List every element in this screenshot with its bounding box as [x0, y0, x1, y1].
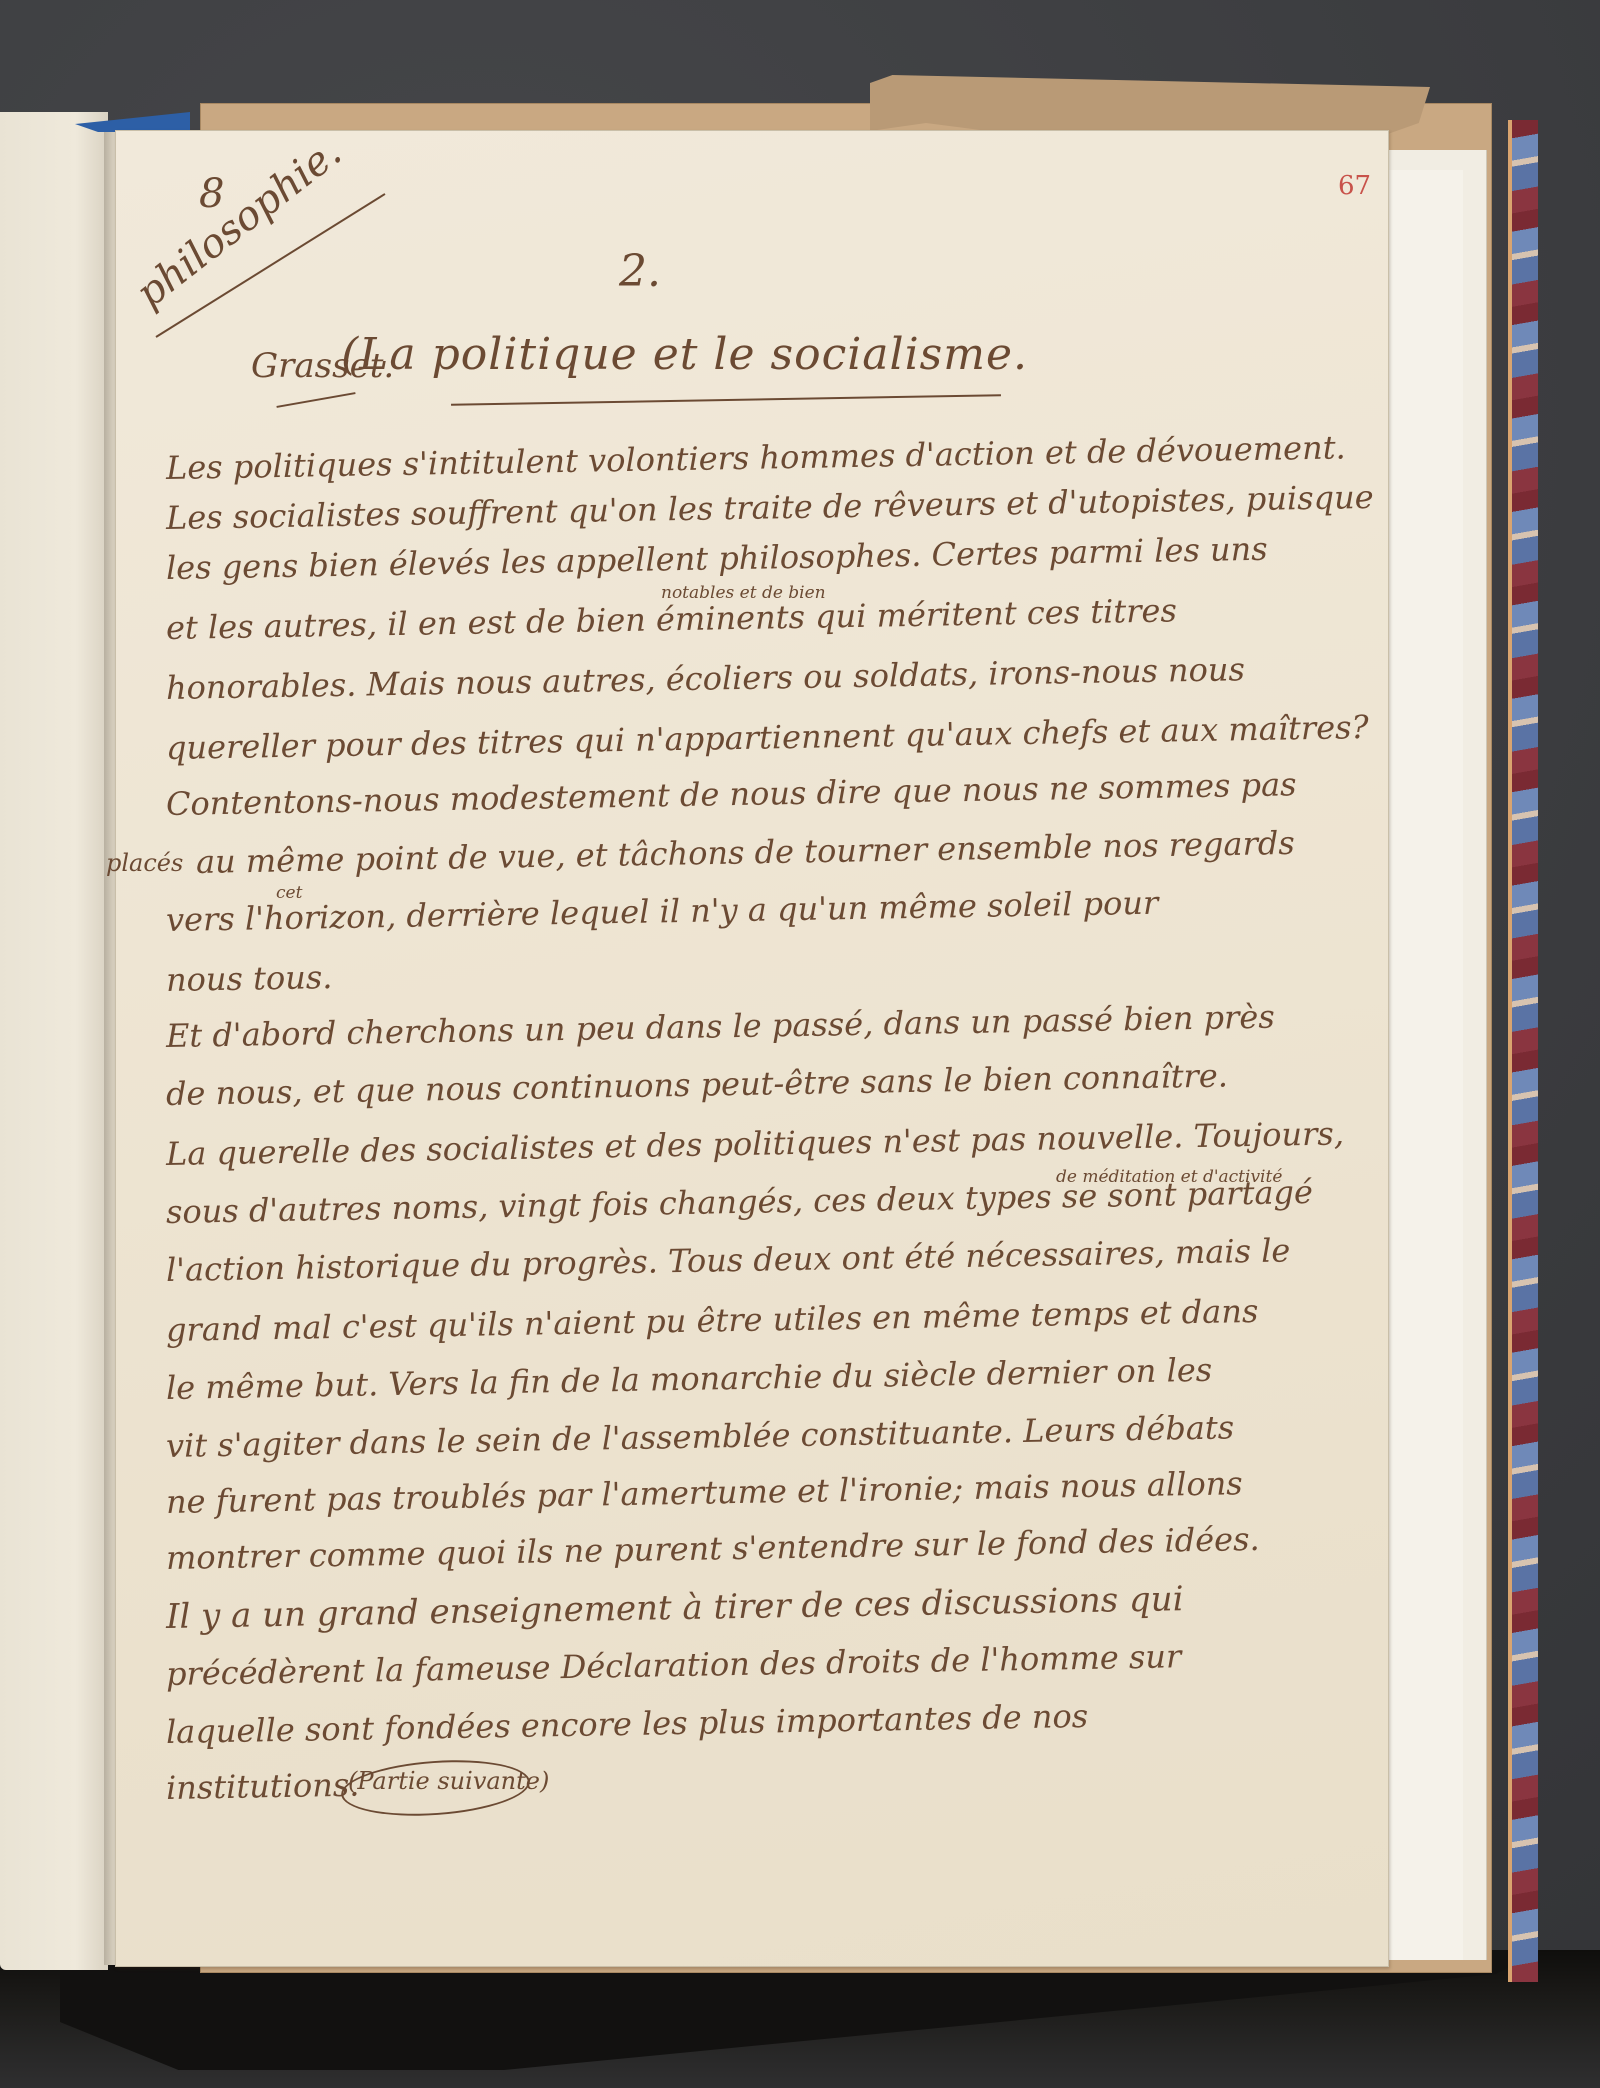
manuscript-sheet: 8 philosophie. 67 2. Grasset. (La politi… — [115, 130, 1389, 1967]
body-line: nous tous. — [166, 958, 333, 999]
body-line: Il y a un grand enseignement à tirer de … — [166, 1579, 1184, 1637]
body-line: institutions. — [166, 1766, 360, 1807]
document-title: (La politique et le socialisme. — [341, 329, 1028, 380]
body-line: montrer comme quoi ils ne purent s'enten… — [166, 1520, 1260, 1577]
archive-folio-stamp: 67 — [1338, 171, 1371, 201]
continuation-note: (Partie suivante) — [348, 1767, 549, 1795]
body-line: de nous, et que nous continuons peut-êtr… — [166, 1056, 1229, 1113]
body-line: Les socialistes souffrent qu'on les trai… — [166, 478, 1374, 537]
body-line: vit s'agiter dans le sein de l'assemblée… — [166, 1408, 1235, 1465]
body-line: les gens bien élevés les appellent philo… — [166, 530, 1268, 587]
body-line: quereller pour des titres qui n'appartie… — [166, 708, 1369, 767]
marbled-cover-board — [1508, 120, 1538, 1982]
body-line: Contentons-nous modestement de nous dire… — [166, 765, 1297, 823]
left-page — [0, 112, 108, 1970]
body-line: Les politiques s'intitulent volontiers h… — [166, 428, 1346, 487]
body-line: honorables. Mais nous autres, écoliers o… — [166, 650, 1246, 707]
body-line: au même point de vue, et tâchons de tour… — [196, 824, 1295, 881]
body-line: ne furent pas troublés par l'amertume et… — [166, 1464, 1243, 1521]
section-number: 2. — [619, 246, 661, 297]
body-line: précédèrent la fameuse Déclaration des d… — [166, 1637, 1182, 1693]
body-line: l'action historique du progrès. Tous deu… — [166, 1231, 1291, 1289]
body-line: le même but. Vers la fin de la monarchie… — [166, 1351, 1213, 1407]
sheet-stack-edge — [1382, 170, 1463, 1960]
body-line: Et d'abord cherchons un peu dans le pass… — [166, 998, 1275, 1055]
margin-note: placés — [106, 849, 183, 877]
body-line: et les autres, il en est de bien éminent… — [166, 591, 1178, 647]
body-line: grand mal c'est qu'ils n'aient pu être u… — [166, 1292, 1259, 1349]
body-line: sous d'autres noms, vingt fois changés, … — [166, 1173, 1314, 1231]
title-underline — [451, 394, 1001, 406]
body-line: laquelle sont fondées encore les plus im… — [166, 1697, 1089, 1751]
body-line: vers l'horizon, derrière lequel il n'y a… — [166, 884, 1159, 939]
body-line: La querelle des socialistes et des polit… — [166, 1114, 1345, 1173]
author-underline — [276, 392, 355, 408]
category-label: philosophie. — [128, 129, 350, 317]
